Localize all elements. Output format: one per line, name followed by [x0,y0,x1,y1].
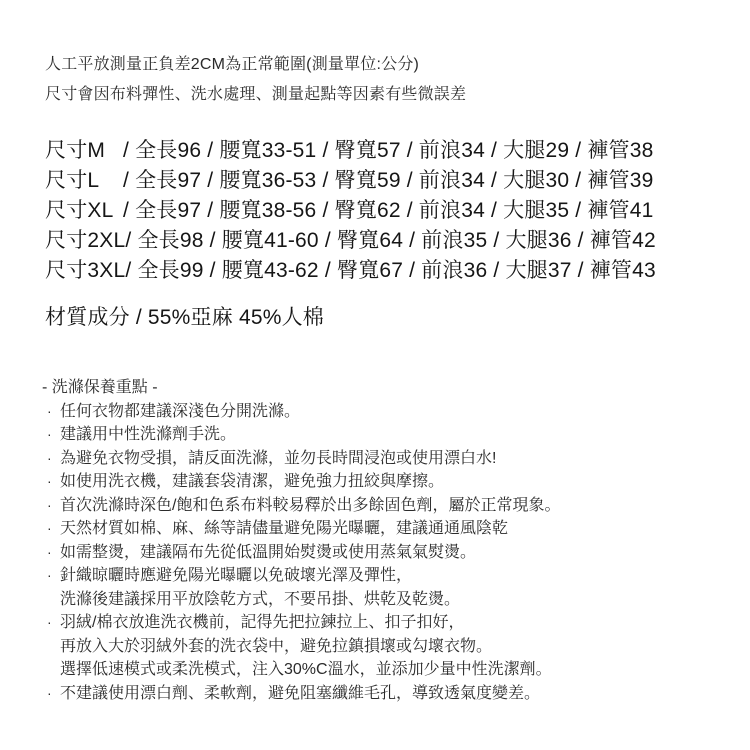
care-line: · 針織晾曬時應避免陽光曝曬以免破壞光澤及彈性， [45,564,720,588]
measurement-note-line1: 人工平放測量正負差2CM為正常範圍(測量單位:公分) [45,50,720,80]
material-composition: 材質成分 / 55%亞麻 45%人棉 [45,302,720,334]
care-line: · 如使用洗衣機，建議套袋清潔，避免強力扭絞與摩擦。 [45,470,720,494]
size-specs: / 全長97 / 腰寬36-53 / 臀寬59 / 前浪34 / 大腿30 / … [123,166,654,196]
bullet-dot: · [47,423,60,447]
size-specs: / 全長96 / 腰寬33-51 / 臀寬57 / 前浪34 / 大腿29 / … [123,136,654,166]
bullet-dot [47,658,60,682]
care-text: 再放入大於羽絨外套的洗衣袋中，避免拉鎮損壞或勾壞衣物。 [60,635,492,659]
bullet-dot: · [47,611,60,635]
product-description-page: 人工平放測量正負差2CM為正常範圍(測量單位:公分) 尺寸會因布料彈性、洗水處理… [0,0,750,750]
care-text: 洗滌後建議採用平放陰乾方式，不要吊掛、烘乾及乾燙。 [60,588,460,612]
care-line-continuation: 洗滌後建議採用平放陰乾方式，不要吊掛、烘乾及乾燙。 [45,588,720,612]
bullet-dot [47,635,60,659]
care-text: 羽絨/棉衣放進洗衣機前，記得先把拉鍊拉上、扣子扣好， [60,611,464,635]
care-text: 不建議使用漂白劑、柔軟劑，避免阻塞纖維毛孔，導致透氣度變差。 [60,682,540,706]
size-label: 尺寸2XL [45,226,125,256]
size-label: 尺寸M [45,136,123,166]
care-instructions-list: · 任何衣物都建議深淺色分開洗滌。 · 建議用中性洗滌劑手洗。 · 為避免衣物受… [45,400,720,706]
bullet-dot: · [47,541,60,565]
size-specs: / 全長97 / 腰寬38-56 / 臀寬62 / 前浪34 / 大腿35 / … [123,196,654,226]
care-line: · 如需整燙，建議隔布先從低溫開始熨燙或使用蒸氣氣熨燙。 [45,541,720,565]
bullet-dot: · [47,517,60,541]
care-line-continuation: 選擇低速模式或柔洗模式，注入30%C溫水，並添加少量中性洗潔劑。 [45,658,720,682]
bullet-dot: · [47,682,60,706]
size-label: 尺寸L [45,166,123,196]
care-text: 首次洗滌時深色/飽和色系布料較易釋於出多餘固色劑，屬於正常現象。 [60,494,560,518]
care-text: 天然材質如棉、麻、絲等請儘量避免陽光曝曬，建議通通風陰乾 [60,517,508,541]
care-text: 任何衣物都建議深淺色分開洗滌。 [60,400,300,424]
care-text: 選擇低速模式或柔洗模式，注入30%C溫水，並添加少量中性洗潔劑。 [60,658,552,682]
size-specs: / 全長99 / 腰寬43-62 / 臀寬67 / 前浪36 / 大腿37 / … [125,256,656,286]
care-line: · 不建議使用漂白劑、柔軟劑，避免阻塞纖維毛孔，導致透氣度變差。 [45,682,720,706]
size-row-l: 尺寸L / 全長97 / 腰寬36-53 / 臀寬59 / 前浪34 / 大腿3… [45,166,720,196]
size-row-3xl: 尺寸3XL / 全長99 / 腰寬43-62 / 臀寬67 / 前浪36 / 大… [45,256,720,286]
care-text: 為避免衣物受損，請反面洗滌，並勿長時間浸泡或使用漂白水! [60,447,496,471]
size-specs: / 全長98 / 腰寬41-60 / 臀寬64 / 前浪35 / 大腿36 / … [125,226,656,256]
care-line: · 為避免衣物受損，請反面洗滌，並勿長時間浸泡或使用漂白水! [45,447,720,471]
care-line: · 任何衣物都建議深淺色分開洗滌。 [45,400,720,424]
size-label: 尺寸3XL [45,256,125,286]
care-section-title: - 洗滌保養重點 - [42,376,720,400]
size-row-2xl: 尺寸2XL / 全長98 / 腰寬41-60 / 臀寬64 / 前浪35 / 大… [45,226,720,256]
bullet-dot: · [47,447,60,471]
care-line: · 首次洗滌時深色/飽和色系布料較易釋於出多餘固色劑，屬於正常現象。 [45,494,720,518]
care-text: 如使用洗衣機，建議套袋清潔，避免強力扭絞與摩擦。 [60,470,444,494]
size-label: 尺寸XL [45,196,123,226]
measurement-note: 人工平放測量正負差2CM為正常範圍(測量單位:公分) 尺寸會因布料彈性、洗水處理… [45,50,720,110]
size-row-xl: 尺寸XL / 全長97 / 腰寬38-56 / 臀寬62 / 前浪34 / 大腿… [45,196,720,226]
care-line: · 天然材質如棉、麻、絲等請儘量避免陽光曝曬，建議通通風陰乾 [45,517,720,541]
measurement-note-line2: 尺寸會因布料彈性、洗水處理、測量起點等因素有些微誤差 [45,80,720,110]
care-text: 建議用中性洗滌劑手洗。 [60,423,236,447]
care-text: 如需整燙，建議隔布先從低溫開始熨燙或使用蒸氣氣熨燙。 [60,541,476,565]
care-text: 針織晾曬時應避免陽光曝曬以免破壞光澤及彈性， [60,564,412,588]
size-row-m: 尺寸M / 全長96 / 腰寬33-51 / 臀寬57 / 前浪34 / 大腿2… [45,136,720,166]
care-line: · 羽絨/棉衣放進洗衣機前，記得先把拉鍊拉上、扣子扣好， [45,611,720,635]
care-line: · 建議用中性洗滌劑手洗。 [45,423,720,447]
size-chart: 尺寸M / 全長96 / 腰寬33-51 / 臀寬57 / 前浪34 / 大腿2… [45,136,720,286]
bullet-dot [47,588,60,612]
bullet-dot: · [47,400,60,424]
bullet-dot: · [47,564,60,588]
care-line-continuation: 再放入大於羽絨外套的洗衣袋中，避免拉鎮損壞或勾壞衣物。 [45,635,720,659]
bullet-dot: · [47,470,60,494]
bullet-dot: · [47,494,60,518]
